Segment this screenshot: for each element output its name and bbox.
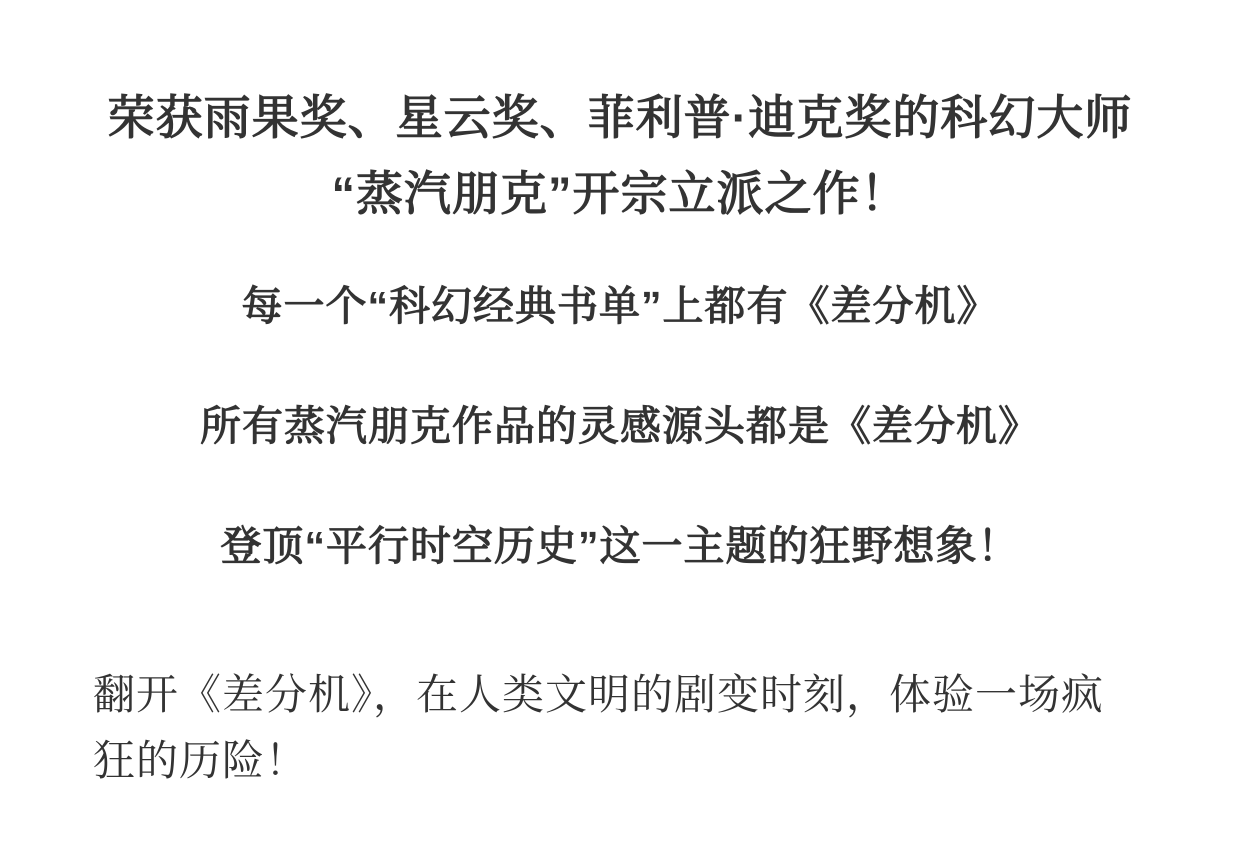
book-promo-page: 荣获雨果奖、星云奖、菲利普·迪克奖的科幻大师 “蒸汽朋克”开宗立派之作！ 每一个…	[0, 0, 1240, 850]
tagline-inspiration-source: 所有蒸汽朋克作品的灵感源头都是《差分机》	[0, 404, 1240, 448]
tagline-classic-booklist: 每一个“科幻经典书单”上都有《差分机》	[0, 284, 1240, 328]
promo-headline: 荣获雨果奖、星云奖、菲利普·迪克奖的科幻大师 “蒸汽朋克”开宗立派之作！	[0, 80, 1240, 232]
headline-steampunk-line: “蒸汽朋克”开宗立派之作！	[0, 156, 1240, 232]
tagline-parallel-history: 登顶“平行时空历史”这一主题的狂野想象！	[0, 524, 1240, 568]
headline-awards-line: 荣获雨果奖、星云奖、菲利普·迪克奖的科幻大师	[0, 80, 1240, 156]
body-paragraph: 翻开《差分机》，在人类文明的剧变时刻，体验一场疯狂的历险！	[0, 662, 1240, 794]
